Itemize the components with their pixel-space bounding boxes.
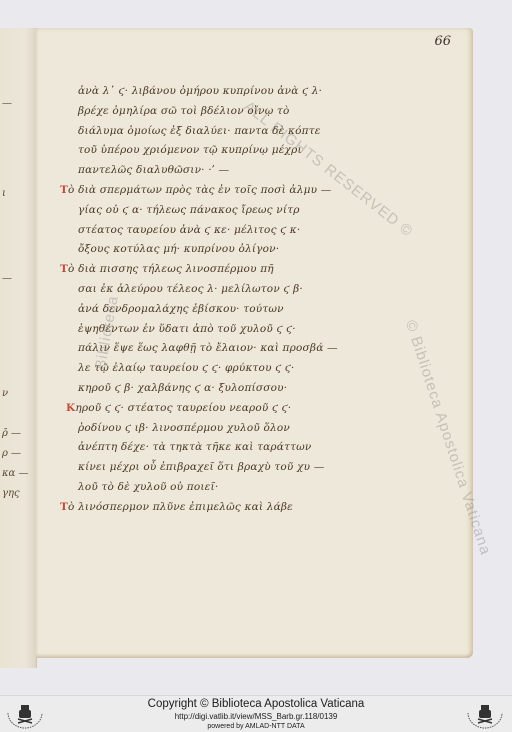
image-viewer[interactable]: — ι — ν ρ̄ — ρ — κα — γης 66 ἀνὰ λ῾ ϛ· λ…	[0, 0, 512, 695]
powered-by-text: powered by AMLAD-NTT DATA	[0, 723, 512, 730]
left-page-text: —	[2, 273, 12, 284]
text-line: Τὸ λινόσπερμον πλῦνε ἐπιμελῶς καὶ λάβε	[60, 498, 378, 518]
left-page-text: ι	[2, 188, 6, 199]
text-line: ἀνά δενδρομαλάχης ἐβίσκου· τούτων	[78, 300, 378, 320]
permalink-url[interactable]: http://digi.vatlib.it/view/MSS_Barb.gr.1…	[0, 712, 512, 721]
rubric-initial: Τ	[60, 263, 68, 275]
text-line: κίνει μέχρι οὗ ἐπιβραχεῖ ὅτι βραχὺ τοῦ χ…	[78, 458, 378, 478]
vatican-seal-icon	[464, 699, 506, 731]
text-line: Κηροῦ ϛ ϛ· στέατος ταυρείου νεαροῦ ϛ ϛ·	[66, 399, 378, 419]
watermark-library: © Biblioteca Apostolica Vaticana	[402, 318, 494, 557]
left-page-text: ρ —	[2, 448, 21, 459]
left-page-text: ν	[2, 388, 8, 399]
text-line: ἀνέπτη δέχε· τὰ τηκτὰ τῆκε καὶ ταράττων	[78, 438, 378, 458]
text-line: Τὸ διὰ σπερμάτων πρὸς τὰς ἐν τοῖς ποσὶ ἀ…	[60, 181, 378, 201]
text-line: Τὸ διὰ πισσης τήλεως λινοσπέρμου πῆ	[60, 260, 378, 280]
text-line: ἀνὰ λ῾ ϛ· λιβάνου ὀμήρου κυπρίνου ἀνὰ ϛ …	[78, 82, 378, 102]
left-page-text: —	[2, 98, 12, 109]
left-page-text: ρ̄ —	[2, 428, 21, 439]
text-line: γίας οὐ ϛ α· τήλεως πάνακος ἴρεως νίτρ	[78, 201, 378, 221]
text-line: ὄξους κοτύλας μή· κυπρίνου ὀλίγον·	[78, 240, 378, 260]
text-line: κηροῦ ϛ β· χαλβάνης ϛ α· ξυλοπίσσου·	[78, 379, 378, 399]
left-page-text: γης	[2, 488, 20, 499]
text-line: ῥοδίνου ϛ ιβ· λινοσπέρμου χυλοῦ ὅλον	[78, 419, 378, 439]
text-line: διάλυμα ὁμοίως ἐξ διαλύει· παντα δὲ κόπτ…	[78, 122, 378, 142]
copyright-footer: Copyright © Biblioteca Apostolica Vatica…	[0, 695, 512, 732]
text-line: πάλιν ἕψε ἕως λαφθῇ τὸ ἔλαιον· καὶ προσβ…	[78, 339, 378, 359]
text-line: τοῦ ὑπέρου χριόμενον τῷ κυπρίνῳ μέχρι	[78, 141, 378, 161]
text-line: σαι ἐκ ἀλεύρου τέλεος λ· μελίλωτον ϛ β·	[78, 280, 378, 300]
rubric-initial: Τ	[60, 501, 68, 513]
left-page-text: κα —	[2, 468, 29, 479]
folio-number: 66	[434, 34, 451, 49]
text-line: βρέχε ὀμηλίρα σῶ τοὶ βδέλιον οἴνῳ τὸ	[78, 102, 378, 122]
text-line: λε τῷ ἐλαίῳ ταυρείου ϛ ϛ· φρύκτου ϛ ϛ·	[78, 359, 378, 379]
text-line: στέατος ταυρείου ἀνὰ ϛ κε· μέλιτος ϛ κ·	[78, 221, 378, 241]
text-line: ἑψηθέντων ἐν ὕδατι ἀπὸ τοῦ χυλοῦ ϛ ϛ·	[78, 320, 378, 340]
copyright-text: Copyright © Biblioteca Apostolica Vatica…	[0, 698, 512, 710]
rubric-initial: Κ	[66, 402, 75, 414]
left-page-fragment: — ι — ν ρ̄ — ρ — κα — γης	[0, 28, 37, 668]
manuscript-page: 66 ἀνὰ λ῾ ϛ· λιβάνου ὀμήρου κυπρίνου ἀνὰ…	[36, 28, 473, 658]
text-line: λοῦ τὸ δὲ χυλοῦ οὐ ποιεῖ·	[78, 478, 378, 498]
manuscript-text: ἀνὰ λ῾ ϛ· λιβάνου ὀμήρου κυπρίνου ἀνὰ ϛ …	[78, 82, 378, 518]
rubric-initial: Τ	[60, 184, 68, 196]
